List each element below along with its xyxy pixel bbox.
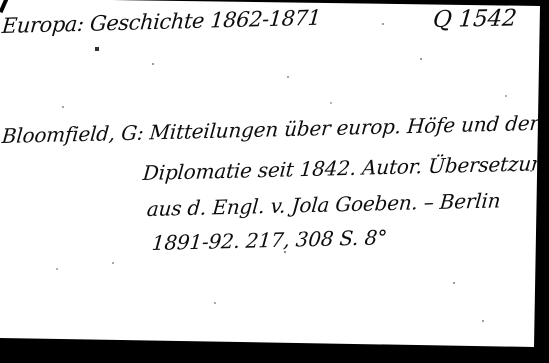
entry-line-translator-place: aus d. Engl. v. Jola Goeben. – Berlin [146, 188, 501, 221]
scanned-catalog-card-image: Europa: Geschichte 1862-1871 Q 1542 Bloo… [0, 0, 549, 363]
entry-line-year-pagination: 1891-92. 217, 308 S. 8° [151, 225, 388, 255]
entry-line-title-continued: Diplomatie seit 1842. Autor. Übersetzung [142, 151, 549, 185]
subject-heading: Europa: Geschichte 1862-1871 [1, 6, 322, 38]
catalog-card: Europa: Geschichte 1862-1871 Q 1542 Bloo… [0, 0, 549, 363]
shelfmark: Q 1542 [432, 6, 518, 34]
entry-line-author-title: Bloomfield, G: Mitteilungen über europ. … [1, 110, 549, 148]
